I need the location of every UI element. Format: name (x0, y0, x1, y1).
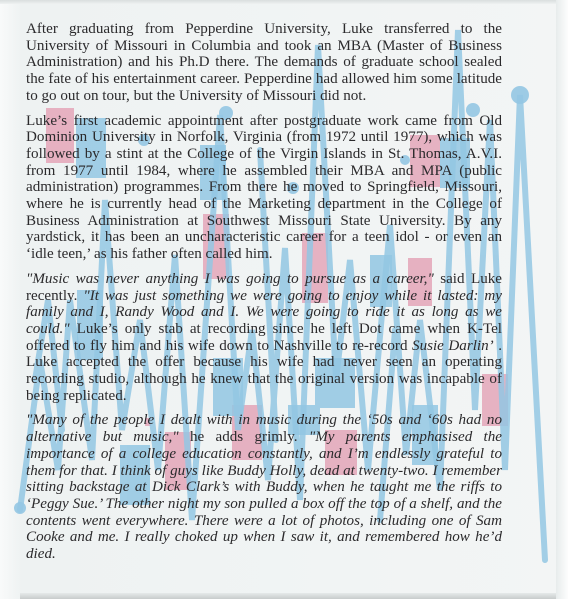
paragraph-graduation: After graduating from Pepperdine Univers… (26, 21, 502, 105)
paragraph-text: he adds grimly. (179, 429, 309, 445)
paragraph-text: Luke’s first academic appointment after … (26, 113, 502, 263)
page-bottom-edge (20, 593, 568, 599)
quote-text: "My parents emphasised the importance of… (26, 429, 502, 562)
booklet-page: After graduating from Pepperdine Univers… (0, 0, 568, 599)
quote-text: "Music was never anything I was going to… (26, 271, 434, 287)
paragraph-memories-quote: "Many of the people I dealt with in musi… (26, 412, 502, 562)
song-title: Susie Darlin’ (412, 338, 494, 354)
paragraph-music-quote: "Music was never anything I was going to… (26, 271, 502, 405)
paragraph-academic-career: Luke’s first academic appointment after … (26, 113, 502, 263)
paragraph-text: After graduating from Pepperdine Univers… (26, 21, 502, 104)
article-body: After graduating from Pepperdine Univers… (26, 21, 502, 571)
